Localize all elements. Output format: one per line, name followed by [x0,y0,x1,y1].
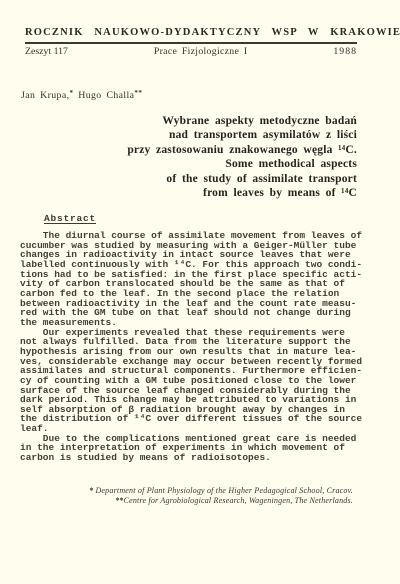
footnotes: * Department of Plant Physiology of the … [33,486,353,506]
scanned-paper-page: ROCZNIK NAUKOWO-DYDAKTYCZNY WSP W KRAKOW… [0,0,400,584]
article-title: Wybrane aspekty metodyczne badań nad tra… [40,114,357,200]
footnote-1-text: Department of Plant Physiology of the Hi… [95,486,353,495]
journal-title: ROCZNIK NAUKOWO-DYDAKTYCZNY WSP W KRAKOW… [25,27,357,38]
footnote-2-marker: ** [116,496,124,505]
issue-number: Zeszyt 117 [25,46,68,57]
header-divider [25,42,357,44]
author-2-footnote-mark: ** [134,89,142,97]
abstract-paragraph-3: Due to the complications mentioned great… [20,434,380,463]
abstract-heading: Abstract [44,213,96,224]
series-title: Prace Fizjologiczne I [154,46,248,57]
footnote-2: **Centre for Agrobiological Research, Wa… [33,496,353,506]
abstract-paragraph-1: The diurnal course of assimilate movemen… [20,231,380,328]
footnote-2-text: Centre for Agrobiological Research, Wage… [124,496,353,505]
footnote-1: * Department of Plant Physiology of the … [33,486,353,496]
authors-line: Jan Krupa,* Hugo Challa** [21,90,142,101]
publication-year: 1988 [333,46,357,57]
author-1-footnote-mark: * [69,89,73,97]
abstract-paragraph-2: Our experiments revealed that these requ… [20,328,380,434]
journal-meta-row: Zeszyt 117 Prace Fizjologiczne I 1988 [25,46,357,57]
author-1: Jan Krupa, [21,90,69,101]
author-2: Hugo Challa [78,90,134,101]
footnote-1-marker: * [89,486,93,495]
abstract-body: The diurnal course of assimilate movemen… [20,231,380,463]
